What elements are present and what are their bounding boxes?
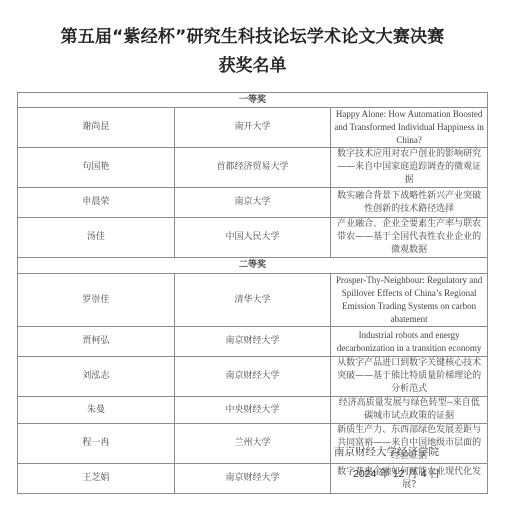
table-row: 刘泓志 南京财经大学 从数字产品进口到数字关键核心技术突破——基于熊比特质量阶梯… xyxy=(18,357,488,397)
winner-name: 王芝娟 xyxy=(18,464,175,494)
winner-university: 兰州大学 xyxy=(174,424,331,464)
table-row: 罗崇佳 清华大学 Prosper-Thy-Neighbour: Regulato… xyxy=(18,274,488,327)
table-row: 汤佳 中国人民大学 产业融合、企业全要素生产率与联农带农——基于全国代表性农业企… xyxy=(18,218,488,258)
winner-university: 南京财经大学 xyxy=(174,357,331,397)
table-row: 朱曼 中央财经大学 经济高质量发展与绿色转型--来自低碳城市试点政策的证据 xyxy=(18,397,488,424)
section-header-row: 一等奖 xyxy=(18,93,488,108)
paper-title: 经济高质量发展与绿色转型--来自低碳城市试点政策的证据 xyxy=(331,397,488,424)
document-title: 第五届“紫经杯”研究生科技论坛学术论文大赛决赛 xyxy=(0,22,505,47)
winner-university: 南京大学 xyxy=(174,188,331,218)
paper-title: 数实融合背景下战略性新兴产业突破性创新的技术路径选择 xyxy=(331,188,488,218)
winner-name: 程一冉 xyxy=(18,424,175,464)
section-label-second-prize: 二等奖 xyxy=(18,258,488,274)
issuing-organization: 南京财经大学经济学院 xyxy=(334,444,439,459)
winner-university: 中央财经大学 xyxy=(174,397,331,424)
winner-name: 罗崇佳 xyxy=(18,274,175,327)
winner-name: 贾柯弘 xyxy=(18,327,175,357)
paper-title: Prosper-Thy-Neighbour: Regulatory and Sp… xyxy=(331,274,488,327)
winner-university: 南京财经大学 xyxy=(174,464,331,494)
paper-title: 产业融合、企业全要素生产率与联农带农——基于全国代表性农业企业的微观数据 xyxy=(331,218,488,258)
winner-name: 朱曼 xyxy=(18,397,175,424)
winner-name: 句国艳 xyxy=(18,148,175,188)
section-label-first-prize: 一等奖 xyxy=(18,93,488,108)
issue-date: 2024 年 12 月 4 日 xyxy=(353,466,440,481)
winner-university: 清华大学 xyxy=(174,274,331,327)
winner-university: 南京财经大学 xyxy=(174,327,331,357)
winner-name: 谢尚昆 xyxy=(18,108,175,148)
winner-name: 汤佳 xyxy=(18,218,175,258)
paper-title: Happy Alone: How Automation Boosted and … xyxy=(331,108,488,148)
paper-title: 从数字产品进口到数字关键核心技术突破——基于熊比特质量阶梯理论的分析范式 xyxy=(331,357,488,397)
winner-name: 刘泓志 xyxy=(18,357,175,397)
table-row: 句国艳 首都经济贸易大学 数字技术应用对农户创业的影响研究——来自中国家庭追踪调… xyxy=(18,148,488,188)
winner-university: 首都经济贸易大学 xyxy=(174,148,331,188)
paper-title: Industrial robots and energy decarboniza… xyxy=(331,327,488,357)
table-row: 谢尚昆 南开大学 Happy Alone: How Automation Boo… xyxy=(18,108,488,148)
table-row: 申晨荣 南京大学 数实融合背景下战略性新兴产业突破性创新的技术路径选择 xyxy=(18,188,488,218)
awards-table: 一等奖 谢尚昆 南开大学 Happy Alone: How Automation… xyxy=(17,92,488,494)
winner-university: 中国人民大学 xyxy=(174,218,331,258)
section-header-row: 二等奖 xyxy=(18,258,488,274)
document-subtitle: 获奖名单 xyxy=(0,51,505,76)
winner-name: 申晨荣 xyxy=(18,188,175,218)
table-row: 贾柯弘 南京财经大学 Industrial robots and energy … xyxy=(18,327,488,357)
winner-university: 南开大学 xyxy=(174,108,331,148)
paper-title: 数字技术应用对农户创业的影响研究——来自中国家庭追踪调查的微观证据 xyxy=(331,148,488,188)
